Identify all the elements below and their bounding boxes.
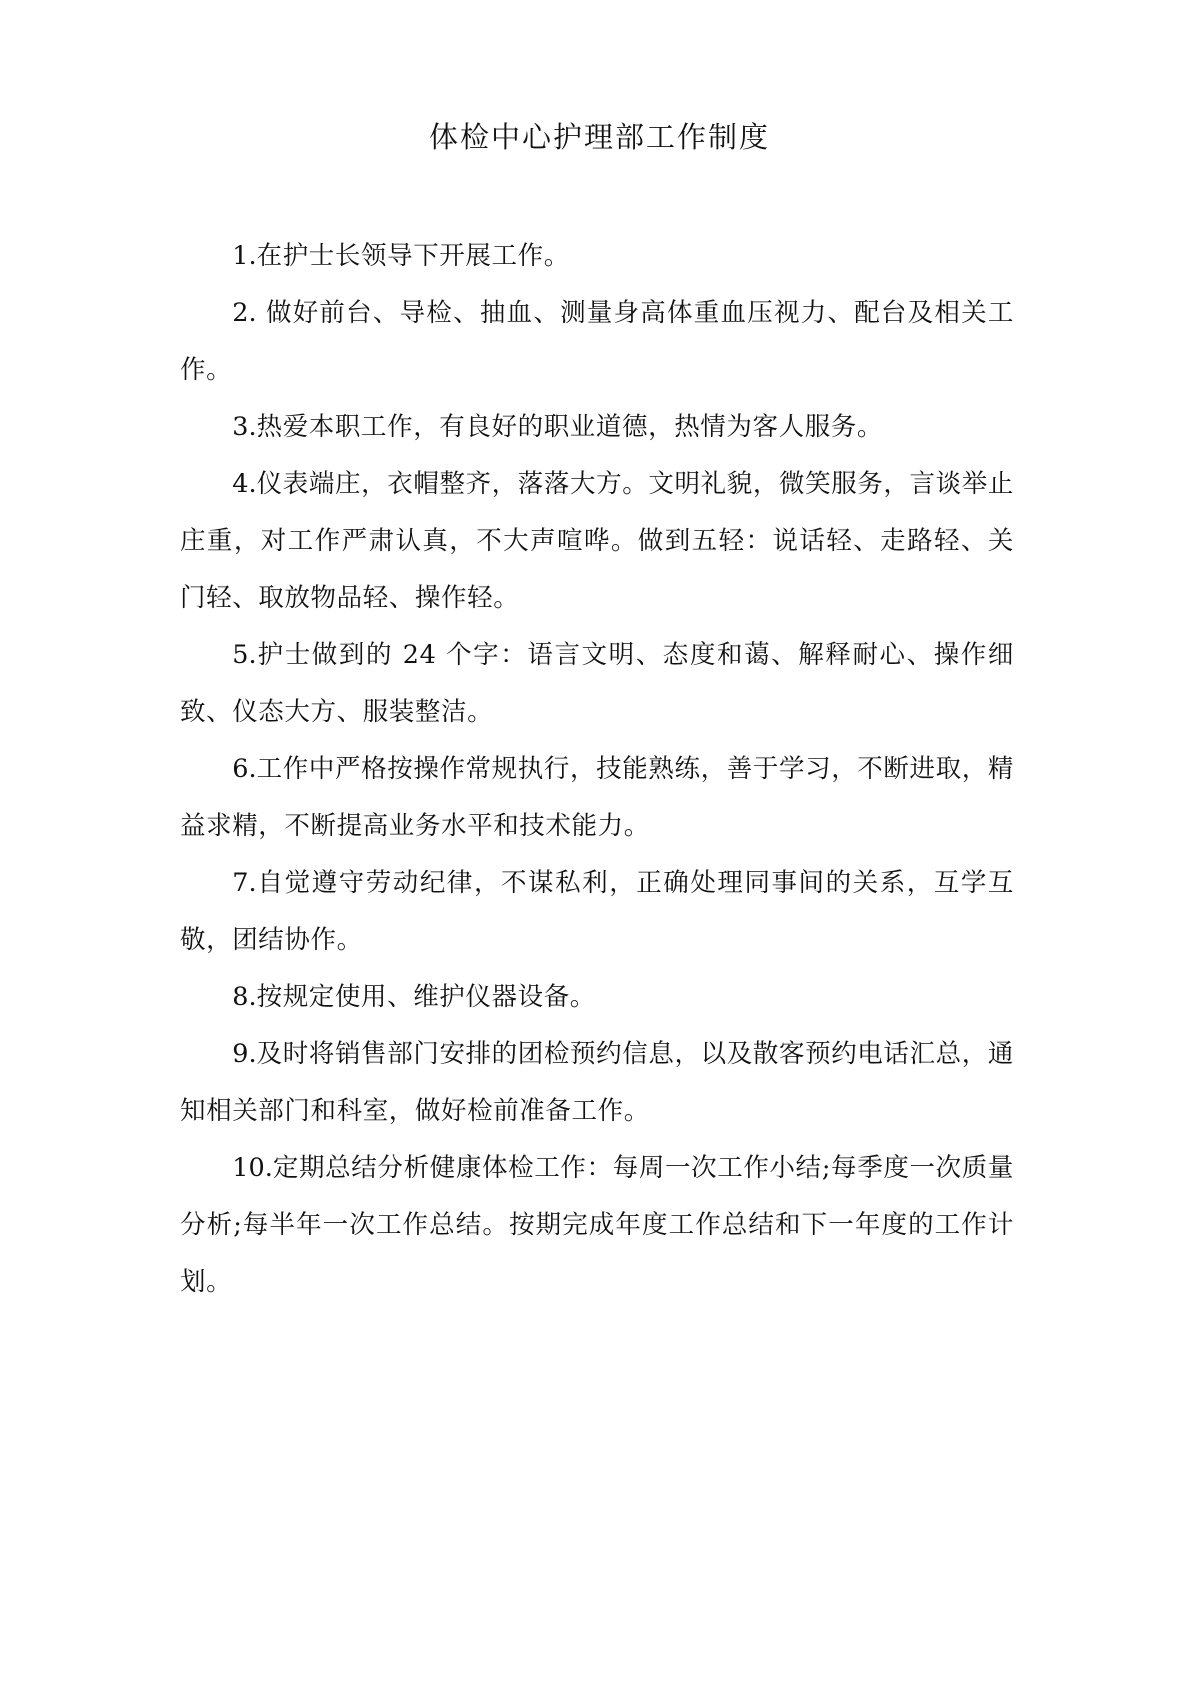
rule-text: 做好前台、导检、抽血、测量身高体重血压视力、配台及相关工作。 [180,298,1014,385]
rule-text: 仪表端庄，衣帽整齐，落落大方。文明礼貌，微笑服务，言谈举止庄重，对工作严肃认真，… [180,469,1014,613]
rule-number: 10. [232,1153,273,1183]
rule-paragraph-5: 5.护士做到的 24 个字：语言文明、态度和蔼、解释耐心、操作细致、仪态大方、服… [180,627,1014,741]
rule-text: 工作中严格按操作常规执行，技能熟练，善于学习，不断进取，精益求精，不断提高业务水… [180,754,1014,841]
rule-text: 定期总结分析健康体检工作：每周一次工作小结;每季度一次质量分析;每半年一次工作总… [180,1153,1014,1297]
rule-number: 1. [232,241,256,271]
rule-text: 护士做到的 24 个字：语言文明、态度和蔼、解释耐心、操作细致、仪态大方、服装整… [180,640,1014,727]
rule-paragraph-7: 7.自觉遵守劳动纪律，不谋私利，正确处理同事间的关系，互学互敬，团结协作。 [180,855,1014,969]
rule-text: 热爱本职工作，有良好的职业道德，热情为客人服务。 [257,412,883,442]
rule-paragraph-6: 6.工作中严格按操作常规执行，技能熟练，善于学习，不断进取，精益求精，不断提高业… [180,741,1014,855]
document-page: 体检中心护理部工作制度 1.在护士长领导下开展工作。 2. 做好前台、导检、抽血… [0,0,1189,1682]
document-title: 体检中心护理部工作制度 [0,113,1189,161]
rule-paragraph-9: 9.及时将销售部门安排的团检预约信息，以及散客预约电话汇总，通知相关部门和科室，… [180,1026,1014,1140]
rule-paragraph-8: 8.按规定使用、维护仪器设备。 [180,969,1014,1026]
document-body: 1.在护士长领导下开展工作。 2. 做好前台、导检、抽血、测量身高体重血压视力、… [180,228,1014,1311]
rule-number: 8. [232,982,256,1012]
rule-number: 4. [232,469,256,499]
rule-paragraph-1: 1.在护士长领导下开展工作。 [180,228,1014,285]
rule-number: 5. [232,640,256,670]
rule-text: 自觉遵守劳动纪律，不谋私利，正确处理同事间的关系，互学互敬，团结协作。 [180,868,1014,955]
rule-text: 在护士长领导下开展工作。 [257,241,570,271]
rule-number: 9. [232,1039,256,1069]
rule-paragraph-2: 2. 做好前台、导检、抽血、测量身高体重血压视力、配台及相关工作。 [180,285,1014,399]
rule-number: 6. [232,754,256,784]
rule-text: 及时将销售部门安排的团检预约信息，以及散客预约电话汇总，通知相关部门和科室，做好… [180,1039,1014,1126]
rule-text: 按规定使用、维护仪器设备。 [257,982,596,1012]
rule-number: 2. [232,298,256,328]
rule-number: 3. [232,412,256,442]
rule-number: 7. [232,868,256,898]
rule-paragraph-4: 4.仪表端庄，衣帽整齐，落落大方。文明礼貌，微笑服务，言谈举止庄重，对工作严肃认… [180,456,1014,627]
rule-paragraph-3: 3.热爱本职工作，有良好的职业道德，热情为客人服务。 [180,399,1014,456]
rule-paragraph-10: 10.定期总结分析健康体检工作：每周一次工作小结;每季度一次质量分析;每半年一次… [180,1140,1014,1311]
